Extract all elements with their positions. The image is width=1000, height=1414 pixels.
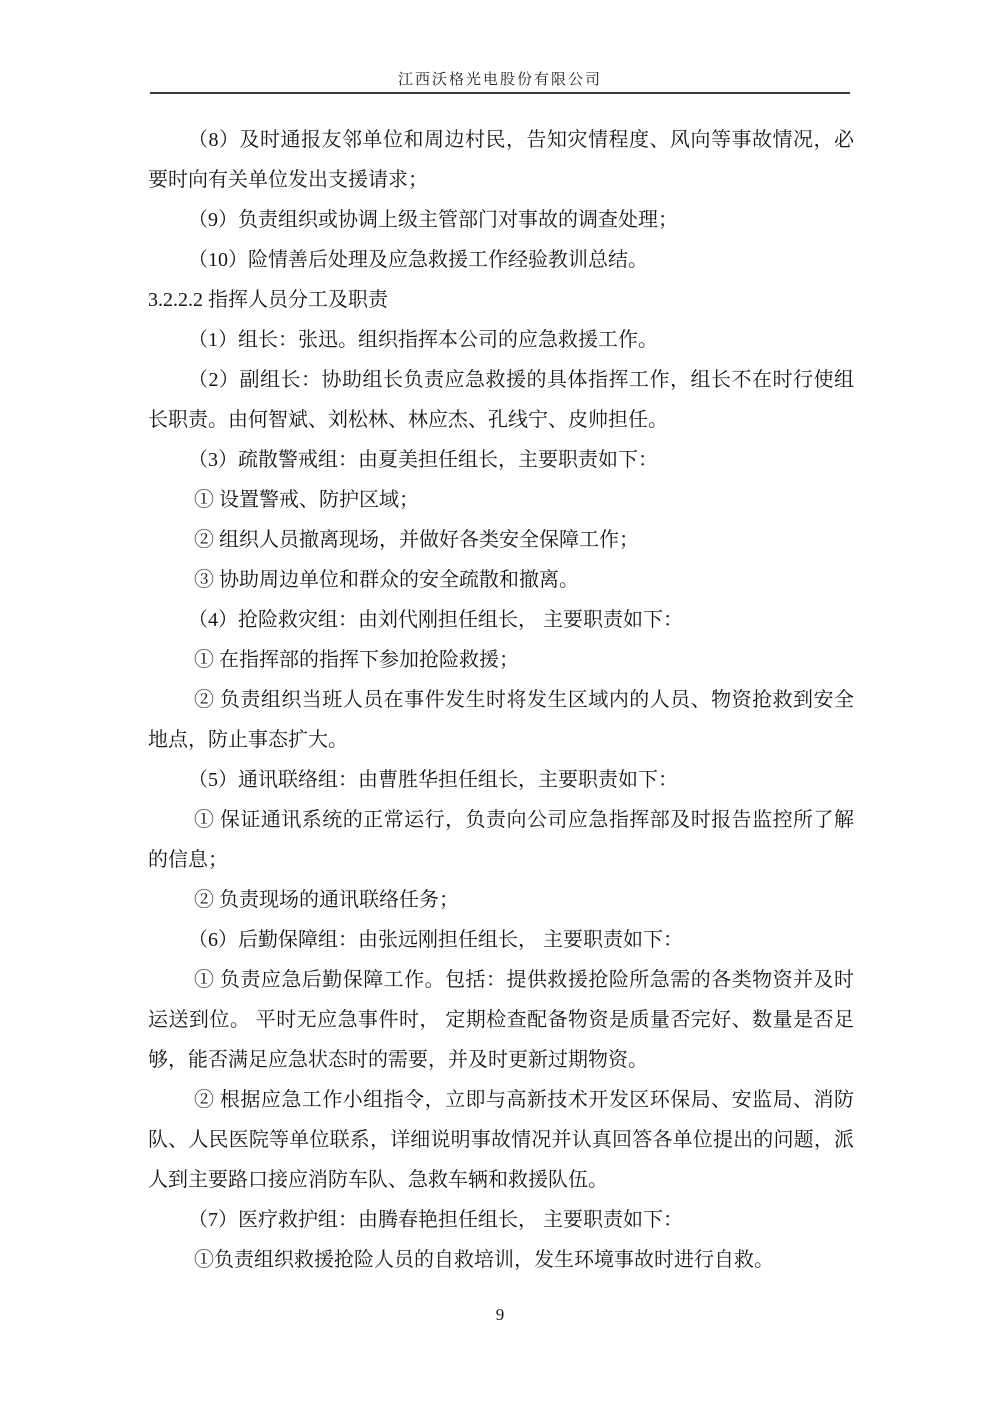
subitem-circle-2: ② 组织人员撤离现场，并做好各类安全保障工作； <box>148 520 854 560</box>
subitem-circle-2c: ② 负责现场的通讯联络任务； <box>148 880 854 920</box>
page-number: 9 <box>0 1305 1000 1325</box>
paragraph-item-9: （9）负责组织或协调上级主管部门对事故的调查处理； <box>148 200 854 240</box>
subitem-circle-1: ① 设置警戒、防护区域； <box>148 480 854 520</box>
subitem-circle-2b: ② 负责组织当班人员在事件发生时将发生区域内的人员、物资抢救到安全地点，防止事态… <box>148 680 854 760</box>
paragraph-item-1-leader: （1）组长：张迅。组织指挥本公司的应急救援工作。 <box>148 320 854 360</box>
subitem-circle-2d: ② 根据应急工作小组指令，立即与高新技术开发区环保局、安监局、消防队、人民医院等… <box>148 1080 854 1200</box>
subitem-circle-1b: ① 在指挥部的指挥下参加抢险救援； <box>148 640 854 680</box>
page-header-company-name: 江西沃格光电股份有限公司 <box>150 68 850 94</box>
paragraph-item-4-rescue: （4）抢险救灾组：由刘代刚担任组长， 主要职责如下： <box>148 600 854 640</box>
paragraph-item-2-deputy: （2）副组长：协助组长负责应急救援的具体指挥工作，组长不在时行使组长职责。由何智… <box>148 360 854 440</box>
paragraph-item-7-medical: （7）医疗救护组：由腾春艳担任组长， 主要职责如下： <box>148 1200 854 1240</box>
subitem-circle-1c: ① 保证通讯系统的正常运行，负责向公司应急指挥部及时报告监控所了解的信息； <box>148 800 854 880</box>
paragraph-item-5-comms: （5）通讯联络组：由曹胜华担任组长，主要职责如下： <box>148 760 854 800</box>
subitem-circle-1e: ①负责组织救援抢险人员的自救培训，发生环境事故时进行自救。 <box>148 1240 854 1280</box>
subitem-circle-3: ③ 协助周边单位和群众的安全疏散和撤离。 <box>148 560 854 600</box>
section-heading-3-2-2-2: 3.2.2.2 指挥人员分工及职责 <box>148 280 854 320</box>
document-page: 江西沃格光电股份有限公司 （8）及时通报友邻单位和周边村民，告知灾情程度、风向等… <box>0 0 1000 1414</box>
paragraph-item-6-logistics: （6）后勤保障组：由张远刚担任组长， 主要职责如下： <box>148 920 854 960</box>
document-body: （8）及时通报友邻单位和周边村民，告知灾情程度、风向等事故情况，必要时向有关单位… <box>148 120 854 1280</box>
subitem-circle-1d: ① 负责应急后勤保障工作。包括：提供救援抢险所急需的各类物资并及时运送到位。 平… <box>148 960 854 1080</box>
paragraph-item-3-evacuation: （3）疏散警戒组：由夏美担任组长，主要职责如下： <box>148 440 854 480</box>
paragraph-item-8: （8）及时通报友邻单位和周边村民，告知灾情程度、风向等事故情况，必要时向有关单位… <box>148 120 854 200</box>
paragraph-item-10: （10）险情善后处理及应急救援工作经验教训总结。 <box>148 240 854 280</box>
